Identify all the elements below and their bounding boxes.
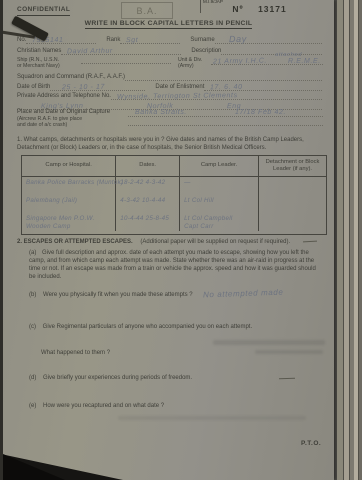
field-row-squadron: Squadron and Command (R.A.F., A.A.F.): [17, 71, 322, 81]
unit-div-value-handwritten: 21 Army I.H.C.: [213, 58, 267, 66]
ref-label: M.I.9/JAP: [203, 0, 223, 4]
capture-date-handwritten: 17/18 Feb 42.: [235, 109, 286, 116]
ref-box-edge: [200, 0, 201, 13]
question-2d: (d) Give briefly your experiences during…: [29, 375, 319, 383]
field-row-identity: No. 7595141 Rank Sgt Surname Day: [17, 34, 322, 44]
surname-value-handwritten: Day: [229, 34, 247, 44]
address-label: Private Address and Telephone No.: [17, 93, 111, 100]
christian-names-label: Christian Names: [17, 48, 61, 55]
table-row-1-leader: Lt Col Hill: [180, 195, 259, 213]
table-row-1-block: [259, 195, 326, 213]
classification-label: CONFIDENTIAL: [17, 6, 70, 16]
instruction-header: WRITE IN BLOCK CAPITAL LETTERS IN PENCIL: [3, 20, 334, 28]
capture-line-1: [128, 116, 323, 117]
rank-label: Rank: [106, 37, 120, 44]
no-label: No.: [17, 37, 26, 44]
camps-table-body: Banka Police Barracks (Muntok) 18-2-42 4…: [22, 177, 326, 231]
table-row-0-camp: Banka Police Barracks (Muntok): [22, 177, 116, 195]
camps-table: Camp or Hospital. Dates. Camp Leader. De…: [21, 155, 327, 235]
ba-stamp: B.A.: [121, 2, 173, 19]
form-reference: M.I.9/JAP Nº 13171: [203, 0, 287, 17]
show-through-smudge: [255, 350, 323, 354]
description-label: Description: [191, 48, 221, 55]
col-detachment-leader: Detachment or Block Leader (if any).: [259, 156, 326, 176]
form-page: CONFIDENTIAL B.A. M.I.9/JAP Nº 13171 WRI…: [3, 0, 334, 480]
description-line: [221, 45, 322, 55]
question-1-text: 1. What camps, detachments or hospitals …: [17, 136, 319, 152]
question-2b-answer-handwritten: No attempted made: [203, 288, 284, 300]
col-camp-or-hospital: Camp or Hospital.: [22, 156, 116, 176]
capture-place-handwritten: Banka Straits.: [135, 109, 187, 116]
capture-line-2: [128, 125, 323, 126]
squadron-line: [125, 71, 322, 81]
camps-table-header: Camp or Hospital. Dates. Camp Leader. De…: [22, 156, 326, 177]
christian-names-value-handwritten: David Arthur: [67, 48, 113, 56]
unit-div-label: Unit & Div. (Army): [178, 57, 202, 69]
ship-line: [81, 63, 171, 64]
surname-line: Day: [215, 34, 322, 44]
question-2b: (b) Were you physically fit when you mad…: [29, 292, 193, 300]
capture-label: Place and Date of Original Capture (Airc…: [17, 109, 110, 129]
pto-label: P.T.O.: [301, 440, 321, 448]
table-row-1-camp: Palembang (Jail): [22, 195, 116, 213]
table-row-2-camp: Singapore Men P.O.W. Wooden Camp: [22, 213, 116, 231]
section-2-title: 2. ESCAPES OR ATTEMPTED ESCAPES. (Additi…: [17, 239, 323, 247]
table-row-0-dates: 18-2-42 4-3-42: [116, 177, 180, 195]
table-row-2-leader: Lt Col Campbell Capt Carr: [180, 213, 259, 231]
table-row-1-dates: 4-3-42 10-4-44: [116, 195, 180, 213]
col-dates: Dates.: [116, 156, 180, 176]
form-number: 13171: [258, 4, 287, 14]
show-through-smudge: [118, 416, 306, 420]
rank-value-handwritten: Sgt: [126, 37, 138, 44]
ship-label: Ship (R.N., U.S.N. or Merchant Navy): [17, 57, 60, 69]
squadron-label: Squadron and Command (R.A.F., A.A.F.): [17, 74, 125, 81]
question-2e: (e) How were you recaptured and on what …: [29, 403, 164, 411]
col-camp-leader: Camp Leader.: [180, 156, 259, 176]
table-row-2-block: [259, 213, 326, 231]
table-row-0-leader: —: [180, 177, 259, 195]
surname-label: Surname: [190, 37, 214, 44]
question-2c: (c) Give Regimental particulars of anyon…: [29, 324, 319, 332]
rank-line: Sgt: [120, 34, 180, 44]
table-row-0-block: [259, 177, 326, 195]
scanned-document-photo: CONFIDENTIAL B.A. M.I.9/JAP Nº 13171 WRI…: [0, 0, 362, 480]
show-through-smudge: [213, 340, 325, 345]
field-row-address: Private Address and Telephone No. Wynsid…: [17, 90, 322, 100]
unit-value2-handwritten: R.E.M.E.: [288, 58, 321, 65]
binder-edge: [0, 0, 3, 480]
question-2c-followup: What happened to them ?: [41, 350, 110, 358]
question-2a: (a) Give full description and approx. da…: [29, 249, 323, 281]
table-row-2-dates: 10-4-44 25-8-45: [116, 213, 180, 231]
address-line-1: Wynside, Terrington St Clements: [111, 90, 322, 100]
no-value-handwritten: 7595141: [32, 37, 64, 44]
no-symbol: Nº: [232, 4, 243, 14]
christian-names-line: David Arthur: [61, 45, 181, 55]
